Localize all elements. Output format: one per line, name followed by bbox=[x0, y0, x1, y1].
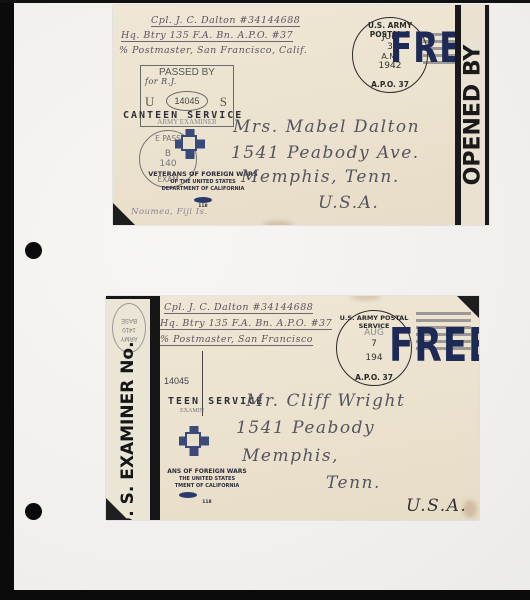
addressee-line4: Tenn. bbox=[326, 473, 381, 493]
return-address-line2: Hq. Btry 135 F.A. Bn. A.P.O. #37 bbox=[160, 318, 332, 330]
photo-corner-icon bbox=[106, 498, 128, 520]
censor-tape-opened-by: OPENED BY bbox=[455, 5, 489, 225]
union-label-icon bbox=[179, 492, 197, 498]
left-frame-border bbox=[0, 0, 14, 600]
envelope-cover-2[interactable]: Cpl. J. C. Dalton #34144688 Hq. Btry 135… bbox=[106, 296, 479, 520]
postmark-ring-bottom: A.P.O. 37 bbox=[353, 80, 427, 89]
return-address-line3: % Postmaster, San Francisco bbox=[160, 334, 313, 346]
base-postmark-line3: BASE bbox=[113, 315, 145, 324]
union-label-icon bbox=[194, 197, 212, 203]
photo-corner-icon bbox=[457, 296, 479, 318]
free-frank: FREE bbox=[389, 318, 479, 372]
addressee-line3: Memphis, Tenn. bbox=[241, 167, 400, 187]
tape-label: U. S. EXAMINER No. bbox=[118, 341, 138, 520]
postmark-ring-bottom: A.P.O. 37 bbox=[337, 373, 411, 382]
censor-initials: for R.J. bbox=[145, 77, 177, 86]
return-address-line2: Hq. Btry 135 F.A. Bn. A.P.O. #37 bbox=[121, 30, 293, 42]
vfw-line2: THE UNITED STATES bbox=[162, 476, 252, 482]
envelope-cover-1[interactable]: Cpl. J. C. Dalton #34144688 Hq. Btry 135… bbox=[113, 5, 489, 225]
return-address-line3: % Postmaster, San Francisco, Calif. bbox=[119, 45, 307, 56]
photo-corner-icon bbox=[113, 203, 135, 225]
punch-hole-upper bbox=[25, 242, 42, 259]
addressee-line1: Mr. Cliff Wright bbox=[246, 391, 405, 411]
vfw-line1: ANS OF FOREIGN WARS bbox=[162, 468, 252, 475]
addressee-line1: Mrs. Mabel Dalton bbox=[233, 117, 420, 137]
censor-number: 14045 bbox=[166, 91, 208, 111]
return-address-line1: Cpl. J. C. Dalton #34144688 bbox=[164, 302, 313, 314]
canteen-service-header: CANTEEN SERVICE bbox=[123, 110, 243, 121]
censor-letter-u: U bbox=[145, 94, 154, 110]
vfw-emblem-center bbox=[181, 135, 197, 151]
bottom-frame-border bbox=[0, 590, 530, 600]
addressee-line5: U.S.A. bbox=[406, 496, 467, 516]
base-postmark-center2: 140 bbox=[140, 159, 196, 169]
addressee-line2: 1541 Peabody bbox=[236, 418, 375, 438]
censor-tape-us-examiner: ARMY 1410 BASE U. S. EXAMINER No. bbox=[106, 296, 160, 520]
return-address-line1: Cpl. J. C. Dalton #34144688 bbox=[151, 15, 300, 27]
stain bbox=[463, 500, 477, 518]
censor-letter-s: S bbox=[220, 94, 227, 110]
addressee-line4: U.S.A. bbox=[318, 193, 379, 213]
addressee-line3: Memphis, bbox=[242, 446, 339, 466]
top-frame-border bbox=[0, 0, 530, 3]
punch-hole-lower bbox=[25, 503, 42, 520]
addressee-line2: 1541 Peabody Ave. bbox=[231, 143, 420, 163]
vfw-emblem-center bbox=[185, 432, 201, 448]
base-postmark-line2: 1410 bbox=[113, 324, 145, 333]
censor-bottom-text: EXAMIN bbox=[180, 408, 204, 414]
stain bbox=[351, 296, 381, 300]
stain bbox=[263, 221, 293, 225]
censor-number: 14045 bbox=[164, 376, 189, 386]
tape-label: OPENED BY bbox=[461, 45, 486, 186]
pencil-note: Noumea, Fiji Is. bbox=[131, 207, 208, 217]
vfw-line3: TMENT OF CALIFORNIA bbox=[162, 483, 252, 489]
vfw-number: 118 bbox=[162, 500, 252, 505]
